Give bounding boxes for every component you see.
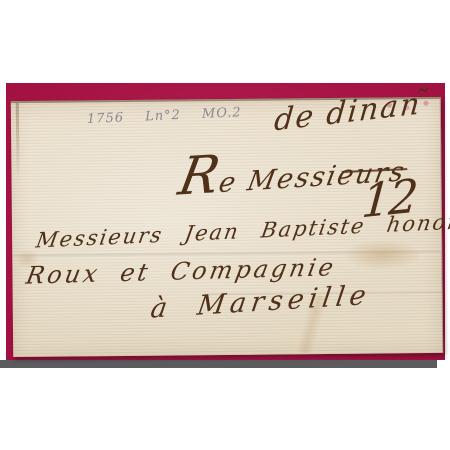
folded-letter-cover: 1756 Ln°2 MO.2 de dinan ˜ Re Messieurs 1…: [11, 97, 443, 357]
address-line-destination: à Marseille: [149, 282, 373, 323]
paper-stain: [342, 239, 422, 270]
photo-bottom-shadow: [0, 360, 437, 368]
product-photo-page: 1756 Ln°2 MO.2 de dinan ˜ Re Messieurs 1…: [0, 0, 450, 450]
address-line-company: Roux et Compagnie: [24, 255, 338, 288]
pencil-catalog-note: 1756 Ln°2 MO.2: [87, 105, 242, 127]
paper-flap-edge: [16, 103, 20, 181]
